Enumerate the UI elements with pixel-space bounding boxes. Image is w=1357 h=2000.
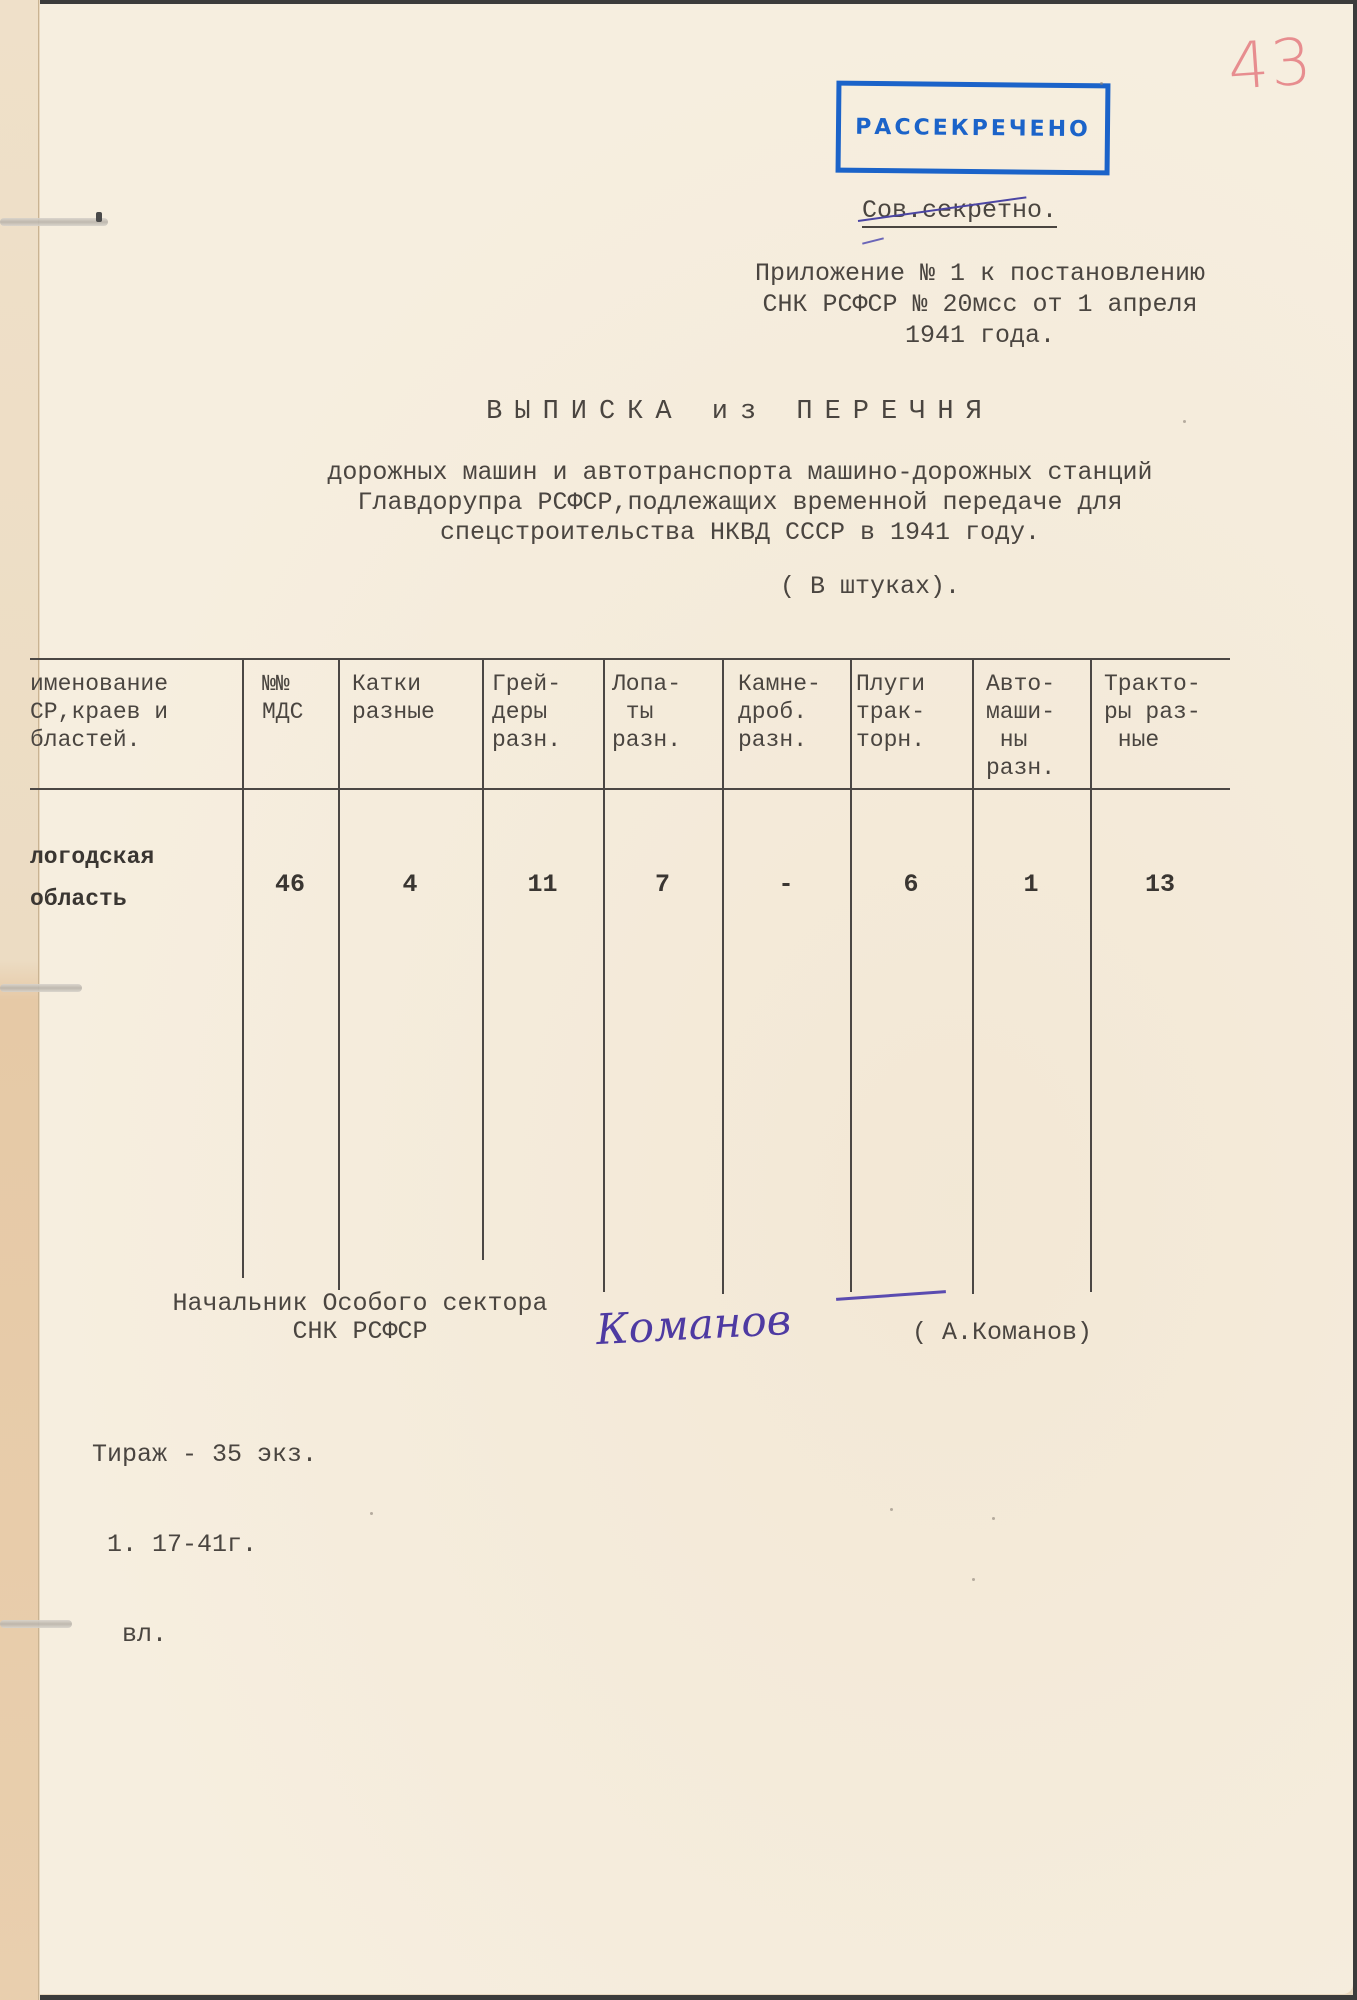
header-stone-crushers: Камне- дроб. разн. (738, 670, 821, 754)
header-motor-vehicles: Авто- маши- ны разн. (986, 670, 1055, 782)
header-graders: Грей- деры разн. (492, 670, 561, 754)
annex-line: СНК РСФСР № 20мсс от 1 апреля (700, 289, 1260, 320)
paper-speck (972, 1578, 975, 1581)
column-divider (722, 658, 724, 1294)
print-run-line: 1. 17-41г. (92, 1530, 317, 1560)
print-run-note: Тираж - 35 экз. 1. 17-41г. вл. (92, 1380, 317, 1680)
signer-title-line: СНК РСФСР (140, 1318, 580, 1346)
page-number: 43 (1226, 25, 1316, 105)
classification-label: Сов.секретно. (862, 196, 1057, 228)
print-run-line: Тираж - 35 экз. (92, 1440, 317, 1470)
header-shovels: Лопа- ты разн. (612, 670, 681, 754)
cell-shovels: 7 (603, 870, 722, 899)
cell-tractors: 13 (1090, 870, 1230, 899)
scan-edge-right (1353, 0, 1357, 2000)
column-divider (972, 658, 974, 1294)
annex-line: Приложение № 1 к постановлению (700, 258, 1260, 289)
print-run-line: вл. (92, 1620, 317, 1650)
units-note: ( В штуках). (780, 572, 960, 601)
cell-tractor-ploughs: 6 (850, 870, 972, 899)
header-mds: №№ МДС (262, 670, 303, 726)
paper-speck (1100, 82, 1103, 85)
declassified-stamp: РАССЕКРЕЧЕНО (836, 81, 1111, 176)
column-divider (850, 660, 852, 1292)
column-divider (1090, 660, 1092, 1292)
binding-thread (0, 218, 108, 226)
cell-mds: 46 (242, 870, 338, 899)
handwritten-signature: Команов (595, 1295, 792, 1354)
paper-speck (890, 1508, 893, 1511)
annex-line: 1941 года. (700, 320, 1260, 351)
paper-speck (370, 1512, 373, 1515)
cell-motor-vehicles: 1 (972, 870, 1090, 899)
subtitle-line: спецстроительства НКВД СССР в 1941 году. (240, 518, 1240, 548)
binding-thread (0, 1620, 72, 1628)
scan-edge-bottom (40, 1995, 1357, 2000)
column-divider (482, 660, 484, 1260)
signer-name: ( А.Команов) (912, 1318, 1092, 1347)
cell-graders: 11 (482, 870, 603, 899)
document-title: ВЫПИСКА из ПЕРЕЧНЯ (240, 397, 1240, 427)
cell-stone-crushers: - (722, 870, 850, 899)
signer-title: Начальник Особого сектора СНК РСФСР (140, 1290, 580, 1346)
column-divider (338, 658, 340, 1290)
header-tractor-ploughs: Плуги трак- торн. (856, 670, 925, 754)
column-divider (242, 658, 244, 1278)
table-header-border (30, 788, 1230, 790)
paper-speck (1183, 420, 1186, 423)
table-top-border (30, 658, 1230, 660)
document-subtitle: дорожных машин и автотранспорта машино-д… (240, 458, 1240, 548)
annex-reference: Приложение № 1 к постановлению СНК РСФСР… (700, 258, 1260, 351)
cell-rollers: 4 (338, 870, 482, 899)
paper-speck (992, 1517, 995, 1520)
header-region: именование СР,краев и бластей. (30, 670, 168, 754)
equipment-table: именование СР,краев и бластей. №№ МДС Ка… (30, 658, 1230, 1290)
signer-title-line: Начальник Особого сектора (140, 1290, 580, 1318)
column-divider (603, 660, 605, 1292)
subtitle-line: Главдорупра РСФСР,подлежащих временной п… (240, 488, 1240, 518)
subtitle-line: дорожных машин и автотранспорта машино-д… (240, 458, 1240, 488)
header-rollers: Катки разные (352, 670, 435, 726)
header-tractors: Тракто- ры раз- ные (1104, 670, 1201, 754)
thread-knot-icon (96, 212, 102, 222)
row-region: логодская область (30, 836, 154, 920)
